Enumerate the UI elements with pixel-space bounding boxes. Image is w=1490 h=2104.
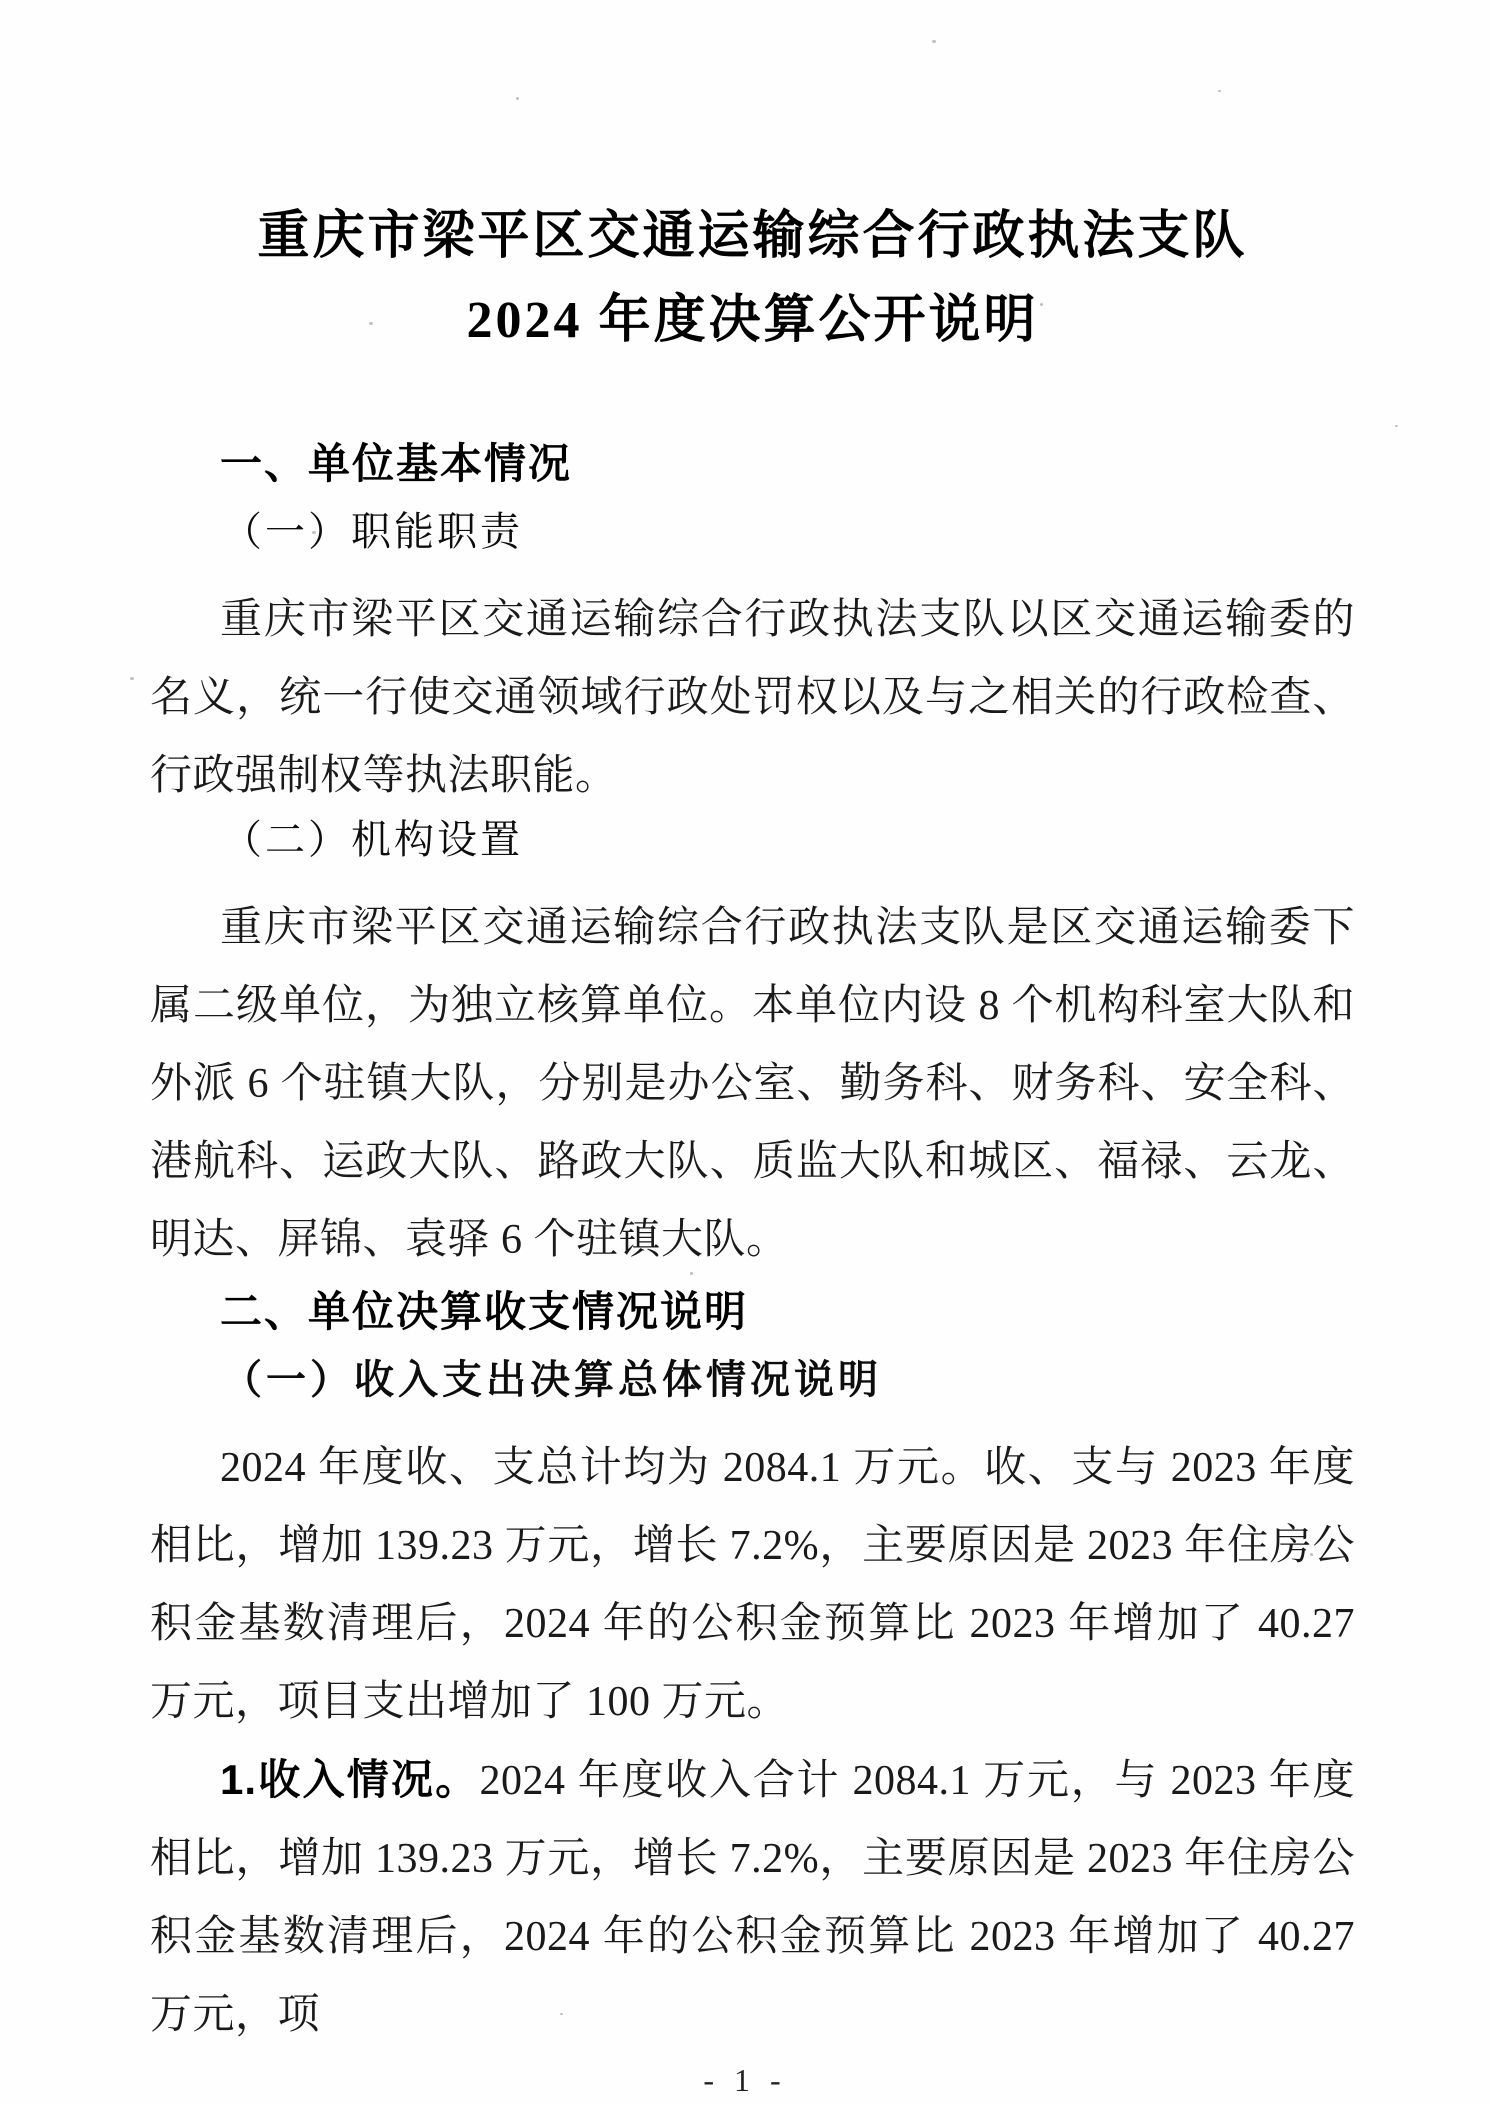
paragraph-structure: 重庆市梁平区交通运输综合行政执法支队是区交通运输委下属二级单位，为独立核算单位。… xyxy=(150,889,1355,1279)
page-number: - 1 - xyxy=(0,2062,1490,2099)
scan-speckle xyxy=(932,40,936,43)
paragraph-income: 1.收入情况。2024 年度收入合计 2084.1 万元，与 2023 年度相比… xyxy=(150,1741,1355,2054)
document-content: 重庆市梁平区交通运输综合行政执法支队 2024 年度决算公开说明 一、单位基本情… xyxy=(0,195,1490,2054)
subsection-heading-structure: （二）机构设置 xyxy=(150,817,1355,863)
income-paragraph-lead: 1.收入情况。 xyxy=(220,1756,480,1803)
subsection-heading-overview: （一）收入支出决算总体情况说明 xyxy=(150,1357,1355,1403)
section-heading-basic-info: 一、单位基本情况 xyxy=(150,439,1355,489)
section-heading-budget: 二、单位决算收支情况说明 xyxy=(150,1287,1355,1337)
scan-speckle xyxy=(1218,90,1221,92)
subsection-heading-duties: （一）职能职责 xyxy=(150,509,1355,555)
scanned-document-page: 重庆市梁平区交通运输综合行政执法支队 2024 年度决算公开说明 一、单位基本情… xyxy=(0,0,1490,2104)
document-title-line1: 重庆市梁平区交通运输综合行政执法支队 xyxy=(150,195,1355,279)
scan-speckle xyxy=(516,97,519,100)
paragraph-budget-overview: 2024 年度收、支总计均为 2084.1 万元。收、支与 2023 年度相比，… xyxy=(150,1429,1355,1741)
paragraph-duties: 重庆市梁平区交通运输综合行政执法支队以区交通运输委的名义，统一行使交通领域行政处… xyxy=(150,581,1355,815)
document-title-line2: 2024 年度决算公开说明 xyxy=(150,279,1355,363)
document-title: 重庆市梁平区交通运输综合行政执法支队 2024 年度决算公开说明 xyxy=(150,195,1355,363)
